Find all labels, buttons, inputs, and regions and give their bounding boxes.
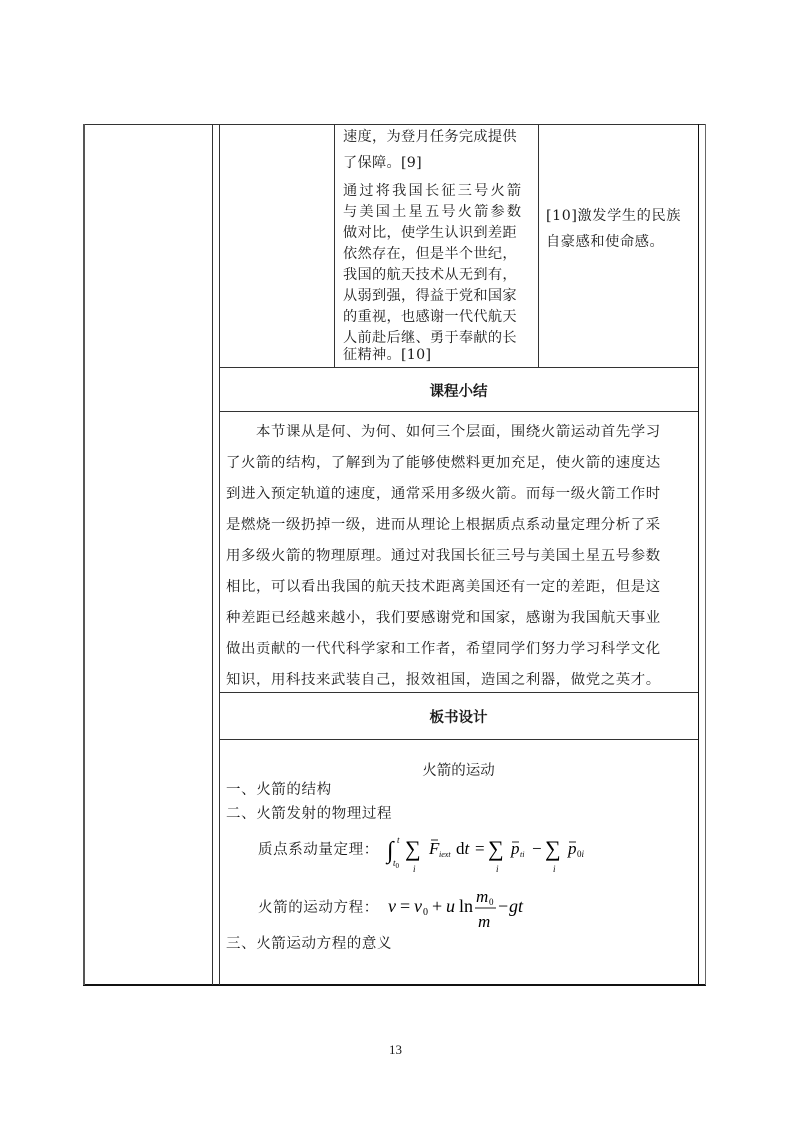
table-top-border (83, 124, 706, 125)
svg-text:m: m (478, 912, 490, 931)
activity-line: 的重视，也感谢一代代航天 (343, 307, 517, 328)
summary-line: 到进入预定轨道的速度，通常采用多级火箭。而每一级火箭工作时 (226, 482, 661, 503)
svg-text:gt: gt (509, 896, 524, 916)
summary-line: 种差距已经越来越小，我们要感谢党和国家，感谢为我国航天事业 (226, 606, 661, 627)
rocket-equation-formula: v = v 0 + u ln m 0 m − gt (386, 884, 526, 938)
row-border-2 (219, 411, 698, 412)
activity-line: 从弱到强，得益于党和国家 (343, 286, 517, 307)
left-column-divider-a (212, 124, 213, 985)
left-column-divider-b (219, 124, 220, 985)
summary-line: 用多级火箭的物理原理。通过对我国长征三号与美国土星五号参数 (226, 544, 661, 565)
inner-divider-1 (334, 124, 335, 367)
theorem-label: 质点系动量定理： (258, 840, 379, 861)
svg-text:dt: dt (456, 839, 471, 858)
svg-text:m: m (476, 887, 488, 906)
table-left-border (83, 124, 85, 985)
board-item-3: 三、火箭运动方程的意义 (226, 934, 392, 955)
momentum-theorem-svg: ∫ t t0 ∑ i F iext dt = ∑ i p ti − ∑ i p … (385, 832, 615, 878)
svg-text:t: t (397, 835, 400, 845)
row-border-3 (219, 692, 698, 693)
intent-line: [10]激发学生的民族 (546, 206, 681, 227)
right-column-divider-a (698, 124, 699, 985)
board-heading: 板书设计 (219, 706, 698, 727)
svg-text:=: = (475, 839, 485, 858)
activity-line: 通过将我国长征三号火箭 (343, 181, 523, 202)
svg-text:−: − (498, 896, 508, 916)
svg-text:u: u (446, 896, 455, 916)
intent-line: 自豪感和使命感。 (546, 232, 664, 253)
svg-text:∑: ∑ (488, 836, 504, 861)
activity-line: 做对比，使学生认识到差距 (343, 223, 517, 244)
summary-line: 了火箭的结构，了解到为了能够使燃料更加充足，使火箭的速度达 (226, 451, 661, 472)
summary-line: 知识，用科技来武装自己，报效祖国，造国之利器，做党之英才。 (226, 668, 661, 689)
svg-text:v: v (388, 896, 396, 916)
summary-line: 本节课从是何、为何、如何三个层面，围绕火箭运动首先学习 (256, 420, 661, 441)
activity-line: 我国的航天技术从无到有， (343, 265, 517, 286)
activity-line: 与美国土星五号火箭参数 (343, 202, 523, 223)
svg-text:ln: ln (459, 896, 473, 916)
svg-text:0: 0 (489, 897, 494, 907)
summary-heading: 课程小结 (219, 380, 698, 401)
inner-divider-2 (538, 124, 539, 367)
board-title: 火箭的运动 (219, 761, 698, 782)
svg-text:∑: ∑ (545, 836, 561, 861)
svg-text:i: i (413, 864, 416, 874)
svg-text:i: i (553, 864, 556, 874)
summary-line: 相比，可以看出我国的航天技术距离美国还有一定的差距，但是这 (226, 575, 661, 596)
svg-text:0: 0 (423, 907, 428, 918)
svg-text:t0: t0 (393, 858, 400, 870)
right-column-divider-b (705, 124, 706, 985)
board-item-1: 一、火箭的结构 (226, 780, 332, 801)
activity-line: 征精神。[10] (343, 345, 431, 366)
page-number: 13 (389, 1042, 402, 1058)
momentum-theorem-formula: ∫ t t0 ∑ i F iext dt = ∑ i p ti − ∑ i p … (385, 832, 615, 878)
svg-text:0i: 0i (577, 849, 585, 859)
board-item-2: 二、火箭发射的物理过程 (226, 804, 392, 825)
svg-text:=: = (400, 896, 410, 916)
rocket-equation-svg: v = v 0 + u ln m 0 m − gt (386, 884, 526, 934)
row-border-4 (219, 739, 698, 740)
summary-line: 是燃烧一级扔掉一级，进而从理论上根据质点系动量定理分析了采 (226, 513, 661, 534)
svg-text:+: + (432, 896, 442, 916)
svg-text:i: i (496, 864, 499, 874)
svg-text:ti: ti (520, 850, 524, 859)
svg-text:−: − (532, 839, 542, 858)
row-border-1 (219, 367, 698, 368)
svg-text:iext: iext (439, 850, 451, 859)
svg-text:v: v (414, 896, 422, 916)
equation-label: 火箭的运动方程： (258, 898, 379, 919)
activity-line: 速度，为登月任务完成提供 (343, 127, 517, 148)
summary-line: 做出贡献的一代代科学家和工作者，希望同学们努力学习科学文化 (226, 637, 661, 658)
activity-line: 依然存在，但是半个世纪， (343, 244, 517, 265)
table-bottom-border (83, 984, 706, 986)
activity-line: 了保障。[9] (343, 153, 422, 174)
svg-text:∑: ∑ (405, 836, 421, 861)
